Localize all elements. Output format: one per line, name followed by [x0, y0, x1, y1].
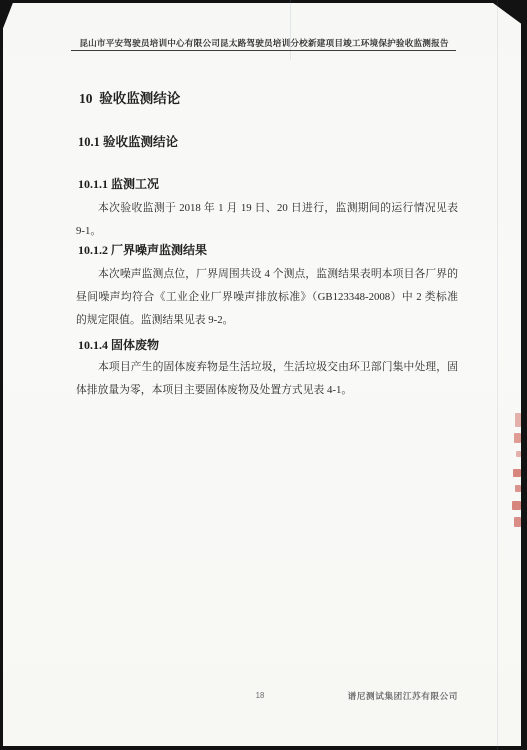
paragraph-line: 的规定限值。监测结果见表 9-2。 [76, 312, 458, 327]
paragraph-line: 昼间噪声均符合《工业企业厂界噪声排放标准》（GB123348-2008）中 2 … [76, 289, 458, 304]
page-number: 18 [246, 691, 274, 700]
subsection-heading-monitoring-conditions: 10.1.1 监测工况 [78, 175, 159, 192]
subsection-heading-boundary-noise: 10.1.2 厂界噪声监测结果 [78, 241, 207, 258]
scan-edge-left [0, 0, 3, 750]
scan-edge-bottom [0, 746, 527, 750]
footer-company-name: 谱尼测试集团江苏有限公司 [300, 690, 458, 702]
paper-fold-line-faint [290, 0, 291, 60]
red-annotation-fragments [511, 413, 523, 531]
paragraph-line: 本次验收监测于 2018 年 1 月 19 日、20 日进行，监测期间的运行情况… [76, 200, 458, 215]
chapter-heading: 10 验收监测结论 [79, 87, 180, 107]
paper-fold-line [497, 0, 498, 750]
scan-edge-right [521, 0, 527, 750]
running-header-title: 昆山市平安驾驶员培训中心有限公司昆太路驾驶员培训分校新建项目竣工环境保护验收监测… [70, 37, 458, 49]
paragraph-line: 体排放量为零，本项目主要固体废物及处置方式见表 4-1。 [76, 382, 458, 397]
section-heading: 10.1 验收监测结论 [78, 132, 178, 150]
scanned-report-page: 昆山市平安驾驶员培训中心有限公司昆太路驾驶员培训分校新建项目竣工环境保护验收监测… [0, 0, 527, 750]
subsection-heading-solid-waste: 10.1.4 固体废物 [78, 336, 159, 353]
header-rule [71, 50, 456, 51]
paragraph-line: 本次噪声监测点位，厂界周围共设 4 个测点，监测结果表明本项目各厂界的 [76, 266, 458, 281]
paragraph-line: 9-1。 [76, 223, 458, 238]
paragraph-line: 本项目产生的固体废弃物是生活垃圾，生活垃圾交由环卫部门集中处理，固 [76, 359, 458, 374]
scan-edge-top [0, 0, 527, 3]
scan-corner-top-left [0, 0, 14, 36]
